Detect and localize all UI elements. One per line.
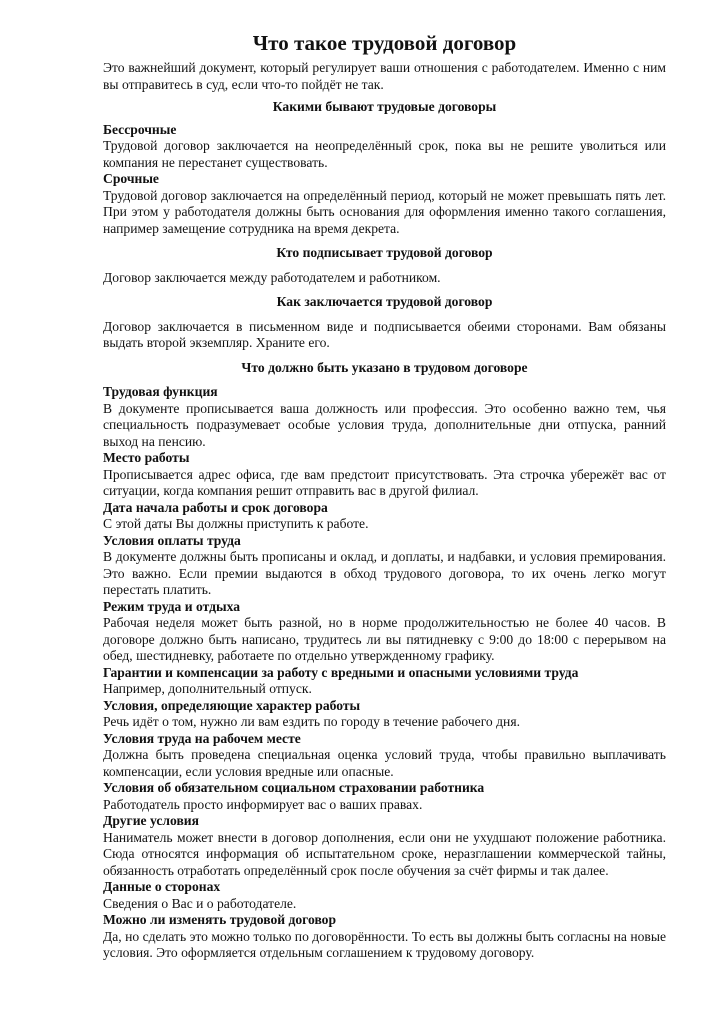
paragraph-labor-function: В документе прописывается ваша должность… — [103, 401, 666, 451]
subheading-fixed-term: Срочные — [103, 171, 666, 188]
subheading-labor-function: Трудовая функция — [103, 384, 666, 401]
paragraph-workplace: Прописывается адрес офиса, где вам предс… — [103, 467, 666, 500]
paragraph-who-signs: Договор заключается между работодателем … — [103, 270, 666, 287]
paragraph-hazard-guarantees: Например, дополнительный отпуск. — [103, 681, 666, 698]
subheading-work-regime: Режим труда и отдыха — [103, 599, 666, 616]
subheading-parties: Данные о сторонах — [103, 879, 666, 896]
paragraph-indefinite: Трудовой договор заключается на неопреде… — [103, 138, 666, 171]
subheading-start-date: Дата начала работы и срок договора — [103, 500, 666, 517]
section-heading-who-signs: Кто подписывает трудовой договор — [103, 245, 666, 262]
paragraph-social-insurance: Работодатель просто информирует вас о ва… — [103, 797, 666, 814]
section-heading-types: Какими бывают трудовые договоры — [103, 99, 666, 116]
paragraph-work-regime: Рабочая неделя может быть разной, но в н… — [103, 615, 666, 665]
subheading-work-character: Условия, определяющие характер работы — [103, 698, 666, 715]
section-heading-contents: Что должно быть указано в трудовом догов… — [103, 360, 666, 377]
subheading-amendment: Можно ли изменять трудовой договор — [103, 912, 666, 929]
subheading-social-insurance: Условия об обязательном социальном страх… — [103, 780, 666, 797]
paragraph-pay: В документе должны быть прописаны и окла… — [103, 549, 666, 599]
paragraph-how-concluded: Договор заключается в письменном виде и … — [103, 319, 666, 352]
subheading-indefinite: Бессрочные — [103, 122, 666, 139]
paragraph-other-conditions: Наниматель может внести в договор дополн… — [103, 830, 666, 880]
subheading-workplace: Место работы — [103, 450, 666, 467]
paragraph-amendment: Да, но сделать это можно только по догов… — [103, 929, 666, 962]
intro-paragraph: Это важнейший документ, который регулиру… — [103, 60, 666, 93]
paragraph-work-character: Речь идёт о том, нужно ли вам ездить по … — [103, 714, 666, 731]
paragraph-parties: Сведения о Вас и о работодателе. — [103, 896, 666, 913]
section-heading-how-concluded: Как заключается трудовой договор — [103, 294, 666, 311]
paragraph-workplace-conditions: Должна быть проведена специальная оценка… — [103, 747, 666, 780]
document-page: Что такое трудовой договор Это важнейший… — [103, 30, 666, 962]
paragraph-fixed-term: Трудовой договор заключается на определё… — [103, 188, 666, 238]
document-title: Что такое трудовой договор — [103, 30, 666, 56]
subheading-pay: Условия оплаты труда — [103, 533, 666, 550]
paragraph-start-date: С этой даты Вы должны приступить к работ… — [103, 516, 666, 533]
subheading-workplace-conditions: Условия труда на рабочем месте — [103, 731, 666, 748]
subheading-other-conditions: Другие условия — [103, 813, 666, 830]
subheading-hazard-guarantees: Гарантии и компенсации за работу с вредн… — [103, 665, 666, 682]
